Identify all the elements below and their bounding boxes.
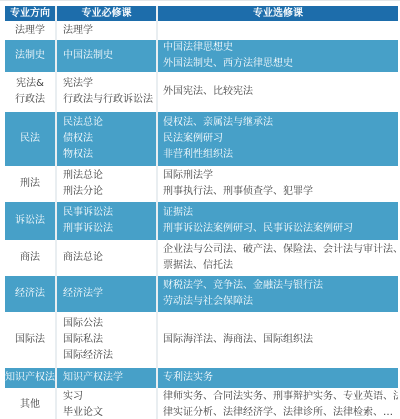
course-line: 国际公法 bbox=[63, 316, 156, 332]
course-line: 毕业论文 bbox=[63, 405, 156, 419]
course-line: 刑事诉讼法案例研习、民事诉讼法案例研习 bbox=[163, 221, 398, 237]
course-line: 民事诉讼法 bbox=[63, 205, 156, 221]
course-line: 刑事诉讼法 bbox=[63, 221, 156, 237]
table-row: 法理学法理学 bbox=[5, 21, 398, 40]
required-cell: 知识产权法学 bbox=[56, 368, 157, 388]
header-cell-direction: 专业方向 bbox=[5, 6, 56, 21]
course-line: 行政法 bbox=[5, 92, 55, 108]
table-row: 知识产权法知识产权法学专利法实务 bbox=[5, 368, 398, 388]
direction-cell: 刑法 bbox=[5, 166, 56, 202]
electives-cell: 侵权法、亲属法与继承法民法案例研习非营利性组织法 bbox=[157, 112, 398, 166]
course-line: 刑事执行法、刑事侦查学、犯罪学 bbox=[163, 184, 398, 200]
course-line: 律师实务、合同法实务、刑事辩护实务、专业英语、法 bbox=[163, 389, 398, 405]
course-line: 知识产权法 bbox=[5, 370, 55, 386]
table-row: 民法民法总论债权法物权法侵权法、亲属法与继承法民法案例研习非营利性组织法 bbox=[5, 112, 398, 166]
direction-cell: 其他 bbox=[5, 388, 56, 419]
electives-cell: 证据法刑事诉讼法案例研习、民事诉讼法案例研习 bbox=[157, 202, 398, 240]
required-cell: 经济法学 bbox=[56, 276, 157, 312]
course-line: 物权法 bbox=[63, 147, 156, 163]
direction-cell: 国际法 bbox=[5, 312, 56, 368]
course-line: 劳动法与社会保障法 bbox=[163, 294, 398, 310]
course-line: 国际经济法 bbox=[63, 348, 156, 364]
course-line: 中国法律思想史 bbox=[163, 40, 398, 56]
course-line: 法理学 bbox=[63, 23, 156, 39]
course-line: 刑法 bbox=[5, 176, 55, 192]
required-cell: 实习毕业论文 bbox=[56, 388, 157, 419]
course-line: 企业法与公司法、破产法、保险法、会计法与审计法、 bbox=[163, 242, 398, 258]
course-line: 财税法学、竞争法、金融法与银行法 bbox=[163, 278, 398, 294]
course-line: 国际法 bbox=[5, 332, 55, 348]
electives-cell: 财税法学、竞争法、金融法与银行法劳动法与社会保障法 bbox=[157, 276, 398, 312]
course-line: 商法 bbox=[5, 250, 55, 266]
direction-cell: 宪法&行政法 bbox=[5, 72, 56, 112]
direction-cell: 诉讼法 bbox=[5, 202, 56, 240]
law-major-courses-page: 专业方向 专业必修课 专业选修课 法理学法理学法制史中国法制史中国法律思想史外国… bbox=[0, 0, 400, 419]
required-cell: 民法总论债权法物权法 bbox=[56, 112, 157, 166]
course-line: 刑法总论 bbox=[63, 168, 156, 184]
course-line: 行政法与行政诉讼法 bbox=[63, 92, 156, 108]
required-cell: 刑法总论刑法分论 bbox=[56, 166, 157, 202]
table-row: 经济法经济法学财税法学、竞争法、金融法与银行法劳动法与社会保障法 bbox=[5, 276, 398, 312]
table-row: 国际法国际公法国际私法国际经济法国际海洋法、海商法、国际组织法 bbox=[5, 312, 398, 368]
course-line: 经济法 bbox=[5, 286, 55, 302]
course-line: 民法 bbox=[5, 131, 55, 147]
course-line: 民法总论 bbox=[63, 115, 156, 131]
required-cell: 中国法制史 bbox=[56, 40, 157, 72]
direction-cell: 民法 bbox=[5, 112, 56, 166]
course-line: 债权法 bbox=[63, 131, 156, 147]
table-row: 法制史中国法制史中国法律思想史外国法制史、西方法律思想史 bbox=[5, 40, 398, 72]
electives-cell: 企业法与公司法、破产法、保险法、会计法与审计法、票据法、信托法 bbox=[157, 240, 398, 276]
direction-cell: 知识产权法 bbox=[5, 368, 56, 388]
course-line: 刑法分论 bbox=[63, 184, 156, 200]
direction-cell: 法制史 bbox=[5, 40, 56, 72]
table-row: 刑法刑法总论刑法分论国际刑法学刑事执行法、刑事侦查学、犯罪学 bbox=[5, 166, 398, 202]
course-line: 法理学 bbox=[5, 23, 55, 39]
electives-cell: 国际刑法学刑事执行法、刑事侦查学、犯罪学 bbox=[157, 166, 398, 202]
course-line: 国际私法 bbox=[63, 332, 156, 348]
course-line: 民法案例研习 bbox=[163, 131, 398, 147]
table-row: 商法商法总论企业法与公司法、破产法、保险法、会计法与审计法、票据法、信托法 bbox=[5, 240, 398, 276]
required-cell: 法理学 bbox=[56, 21, 157, 40]
course-line: 知识产权法学 bbox=[63, 370, 156, 386]
header-cell-electives: 专业选修课 bbox=[157, 6, 398, 21]
course-line: 商法总论 bbox=[63, 250, 156, 266]
course-line: 票据法、信托法 bbox=[163, 258, 398, 274]
electives-cell: 专利法实务 bbox=[157, 368, 398, 388]
direction-cell: 经济法 bbox=[5, 276, 56, 312]
course-table: 专业方向 专业必修课 专业选修课 法理学法理学法制史中国法制史中国法律思想史外国… bbox=[5, 6, 398, 419]
table-row: 诉讼法民事诉讼法刑事诉讼法证据法刑事诉讼法案例研习、民事诉讼法案例研习 bbox=[5, 202, 398, 240]
course-line: 诉讼法 bbox=[5, 213, 55, 229]
electives-cell: 中国法律思想史外国法制史、西方法律思想史 bbox=[157, 40, 398, 72]
course-line: 外国宪法、比较宪法 bbox=[163, 84, 398, 100]
header-row: 专业方向 专业必修课 专业选修课 bbox=[5, 6, 398, 21]
required-cell: 宪法学行政法与行政诉讼法 bbox=[56, 72, 157, 112]
course-line: 专利法实务 bbox=[163, 370, 398, 386]
course-line: 中国法制史 bbox=[63, 48, 156, 64]
required-cell: 民事诉讼法刑事诉讼法 bbox=[56, 202, 157, 240]
required-cell: 商法总论 bbox=[56, 240, 157, 276]
course-line: 法制史 bbox=[5, 48, 55, 64]
course-line: 国际刑法学 bbox=[163, 168, 398, 184]
table-row: 其他实习毕业论文律师实务、合同法实务、刑事辩护实务、专业英语、法律实证分析、法律… bbox=[5, 388, 398, 419]
course-line: 证据法 bbox=[163, 205, 398, 221]
course-line: 实习 bbox=[63, 389, 156, 405]
course-line: 律实证分析、法律经济学、法律诊所、法律检索、… bbox=[163, 405, 398, 419]
electives-cell bbox=[157, 21, 398, 40]
electives-cell: 国际海洋法、海商法、国际组织法 bbox=[157, 312, 398, 368]
course-line: 非营利性组织法 bbox=[163, 147, 398, 163]
course-line: 侵权法、亲属法与继承法 bbox=[163, 115, 398, 131]
course-line: 经济法学 bbox=[63, 286, 156, 302]
electives-cell: 律师实务、合同法实务、刑事辩护实务、专业英语、法律实证分析、法律经济学、法律诊所… bbox=[157, 388, 398, 419]
direction-cell: 法理学 bbox=[5, 21, 56, 40]
course-line: 国际海洋法、海商法、国际组织法 bbox=[163, 332, 398, 348]
electives-cell: 外国宪法、比较宪法 bbox=[157, 72, 398, 112]
course-line: 宪法学 bbox=[63, 76, 156, 92]
course-line: 外国法制史、西方法律思想史 bbox=[163, 56, 398, 72]
header-cell-required: 专业必修课 bbox=[56, 6, 157, 21]
table-row: 宪法&行政法宪法学行政法与行政诉讼法外国宪法、比较宪法 bbox=[5, 72, 398, 112]
course-line: 宪法& bbox=[5, 76, 55, 92]
required-cell: 国际公法国际私法国际经济法 bbox=[56, 312, 157, 368]
direction-cell: 商法 bbox=[5, 240, 56, 276]
table-body: 法理学法理学法制史中国法制史中国法律思想史外国法制史、西方法律思想史宪法&行政法… bbox=[5, 21, 398, 419]
course-line: 其他 bbox=[5, 397, 55, 413]
